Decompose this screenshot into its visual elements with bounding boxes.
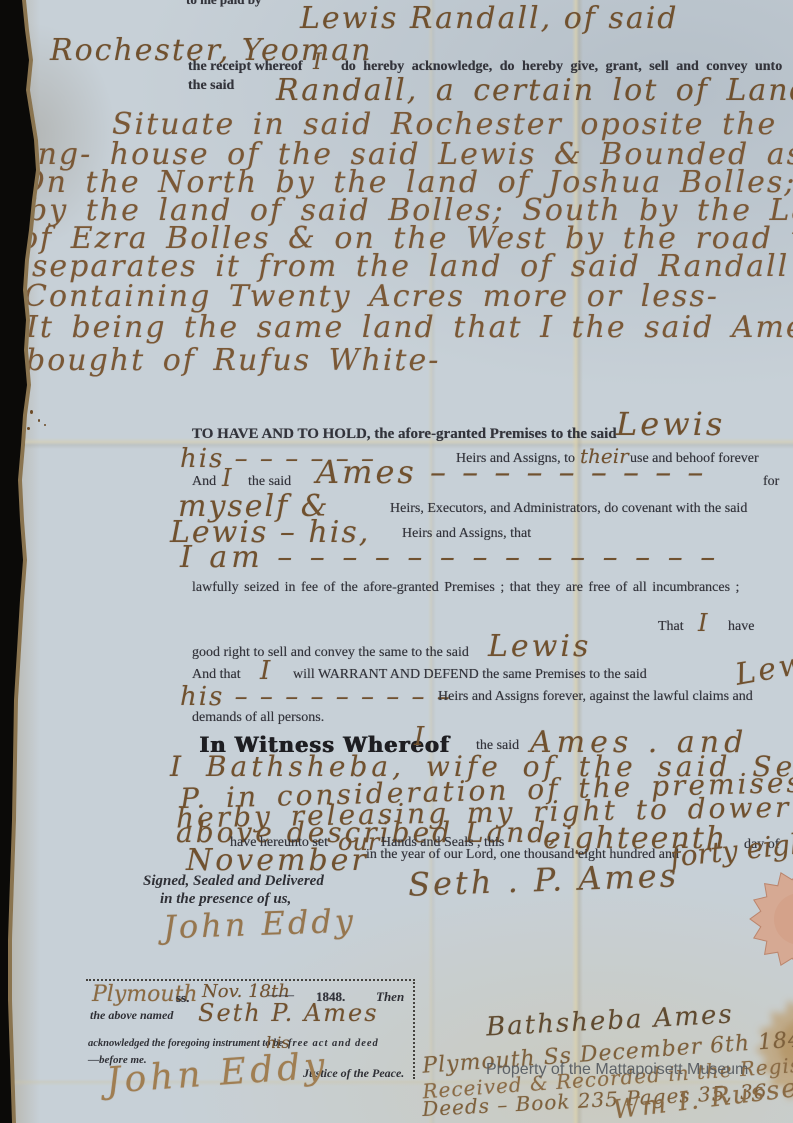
handwritten-ames-dashes: Ames – – – – – – – – – [316,456,706,488]
handwritten-i-am: I am – – – – – – – – – – – – – – [180,543,719,573]
handwritten-november: November [186,846,369,876]
printed-and-that: And that [192,668,241,682]
handwritten-i: I [698,611,707,635]
handwritten-seth-ames-named: Seth P. Ames [198,1001,379,1025]
handwritten-i: I [414,724,424,750]
museum-watermark: Property of the Mattapoisett Museum [486,1062,748,1078]
description-line: Containing Twenty Acres more or less- [24,282,719,312]
printed-lawfully: lawfully seized in fee of the afore-gran… [192,581,739,595]
printed-above-named: the above named [90,1009,173,1021]
handwritten-i: I [222,466,231,490]
handwritten-grantor-line1: Lewis Randall, of said [300,4,679,34]
seth-ames-signature: Seth . P. Ames [408,859,680,900]
handwritten-his-dashes: his – – – – – – – – – [180,684,452,710]
printed-have: have [728,620,754,634]
description-line: separates it from the land of said Randa… [32,252,789,282]
description-line: Situate in said Rochester oposite the dw… [112,110,793,140]
printed-receipt-post: do hereby acknowledge, do hereby give, g… [341,60,782,74]
handwritten-lewis: Lewis [488,632,591,662]
printed-for: for [763,475,779,489]
description-line: It being the same land that I the said A… [26,313,793,343]
printed-receipt-pre: the receipt whereof [188,60,303,74]
handwritten-i: I [313,52,322,74]
printed-heirs-assigns-that: Heirs and Assigns, that [402,527,531,541]
handwritten-grant-line: Randall, a certain lot of Land [276,76,793,106]
printed-demands: demands of all persons. [192,711,324,725]
printed-acknowledged: acknowledged the foregoing instrument to… [88,1039,283,1050]
printed-paid-by: to me paid by [186,0,261,6]
ink-speck [27,427,30,430]
printed-good-right: good right to sell and convey the same t… [192,646,469,660]
printed-and: And [192,475,216,489]
handwritten-lewis: Lewis [733,643,793,690]
printed-heirs-forever: Heirs and Assigns forever, against the l… [438,690,753,704]
paper: to me paid by Lewis Randall, of said Roc… [0,0,793,1123]
printed-warrant: will WARRANT AND DEFEND the same Premise… [293,668,647,682]
printed-the-said: the said [248,475,291,489]
john-eddy-witness-signature: John Eddy [163,905,357,944]
scanned-deed-document: to me paid by Lewis Randall, of said Roc… [0,0,793,1123]
ink-speck [44,424,46,426]
description-line: bought of Rufus White- [26,346,440,376]
ink-speck [38,419,40,422]
printed-signed-sealed: Signed, Sealed and Delivered [143,874,324,889]
printed-that: That [658,620,684,634]
handwritten-lewis: Lewis [616,408,725,440]
printed-ss: ss. [176,991,189,1004]
ink-speck [30,410,33,414]
wax-seal [740,864,793,974]
printed-to-have: TO HAVE AND TO HOLD, the afore-granted P… [192,427,617,442]
printed-the-said: the said [188,79,234,93]
printed-then: Then [376,990,404,1003]
handwritten-i: I [260,658,270,684]
printed-heirs-executors: Heirs, Executors, and Administrators, do… [390,502,747,516]
